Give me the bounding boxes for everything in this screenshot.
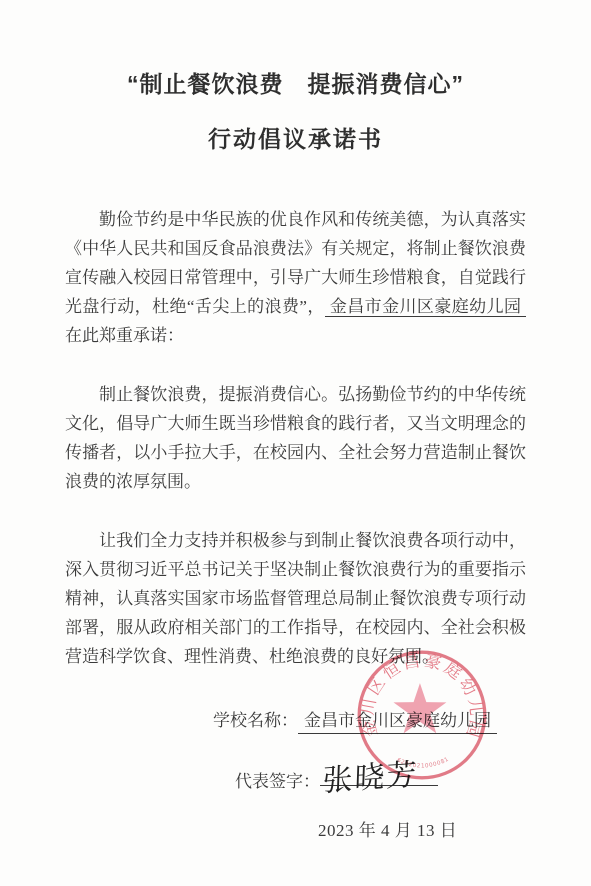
scanned-pledge-document: “制止餐饮浪费 提振消费信心” 行动倡议承诺书 勤俭节约是中华民族的优良作风和传…	[0, 0, 591, 886]
paragraph-2: 制止餐饮浪费，提振消费信心。弘扬勤俭节约的中华传统文化，倡导广大师生既当珍惜粮食…	[65, 380, 526, 496]
document-date: 2023 年 4 月 13 日	[318, 816, 457, 841]
paragraph-1: 勤俭节约是中华民族的优良作风和传统美德，为认真落实《中华人民共和国反食品浪费法》…	[65, 205, 526, 350]
school-name-label: 学校名称：	[213, 711, 298, 730]
handwritten-signature: 张晓芳	[322, 760, 419, 797]
document-subtitle: 行动倡议承诺书	[0, 121, 591, 154]
school-name-line: 学校名称：金昌市金川区豪庭幼儿园	[213, 706, 497, 734]
signature-line: 代表签字：张晓芳	[235, 763, 438, 792]
para1-text-after: 在此郑重承诺：	[65, 326, 184, 345]
document-body: 勤俭节约是中华民族的优良作风和传统美德，为认真落实《中华人民共和国反食品浪费法》…	[65, 205, 526, 701]
school-name-value: 金昌市金川区豪庭幼儿园	[298, 706, 497, 734]
document-title: “制止餐饮浪费 提振消费信心”	[0, 0, 591, 99]
paragraph-3: 让我们全力支持并积极参与到制止餐饮浪费各项行动中，深入贯彻习近平总书记关于坚决制…	[65, 526, 526, 671]
para1-school-name-underlined: 金昌市金川区豪庭幼儿园	[325, 297, 526, 317]
signature-field: 张晓芳	[320, 763, 438, 786]
signature-label: 代表签字：	[235, 772, 320, 791]
